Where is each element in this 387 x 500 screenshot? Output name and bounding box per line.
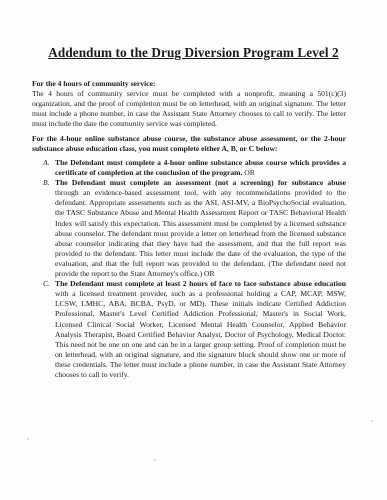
option-a-marker: A. xyxy=(43,158,50,168)
substance-abuse-heading: For the 4-hour online substance abuse co… xyxy=(32,134,346,154)
option-a: A. The Defendant must complete a 4-hour … xyxy=(32,158,346,178)
document-title: Addendum to the Drug Diversion Program L… xyxy=(0,45,387,61)
document-page: Addendum to the Drug Diversion Program L… xyxy=(0,0,387,500)
option-b-marker: B. xyxy=(43,178,50,188)
scan-speck xyxy=(154,459,156,461)
options-list: A. The Defendant must complete a 4-hour … xyxy=(32,158,346,380)
scan-speck xyxy=(371,420,373,422)
option-a-bold-text: The Defendant must complete a 4-hour onl… xyxy=(55,158,346,177)
option-c-text: with a licensed treatment provider, such… xyxy=(55,289,346,379)
scan-speck xyxy=(27,438,29,440)
option-c-marker: C. xyxy=(43,279,50,289)
option-b: B. The Defendant must complete an assess… xyxy=(32,178,346,279)
community-service-heading: For the 4 hours of community service: xyxy=(32,79,346,89)
option-c: C. The Defendant must complete at least … xyxy=(32,279,346,380)
option-b-text: through an evidence-based assessment too… xyxy=(55,188,346,278)
substance-abuse-section: For the 4-hour online substance abuse co… xyxy=(32,134,346,154)
option-c-bold-text: The Defendant must complete at least 2 h… xyxy=(55,279,346,288)
community-service-body: The 4 hours of community service must be… xyxy=(32,89,346,129)
option-b-bold-text: The Defendant must complete an assessmen… xyxy=(55,178,346,187)
community-service-section: For the 4 hours of community service: Th… xyxy=(32,79,346,129)
option-a-text: OR xyxy=(242,168,254,177)
